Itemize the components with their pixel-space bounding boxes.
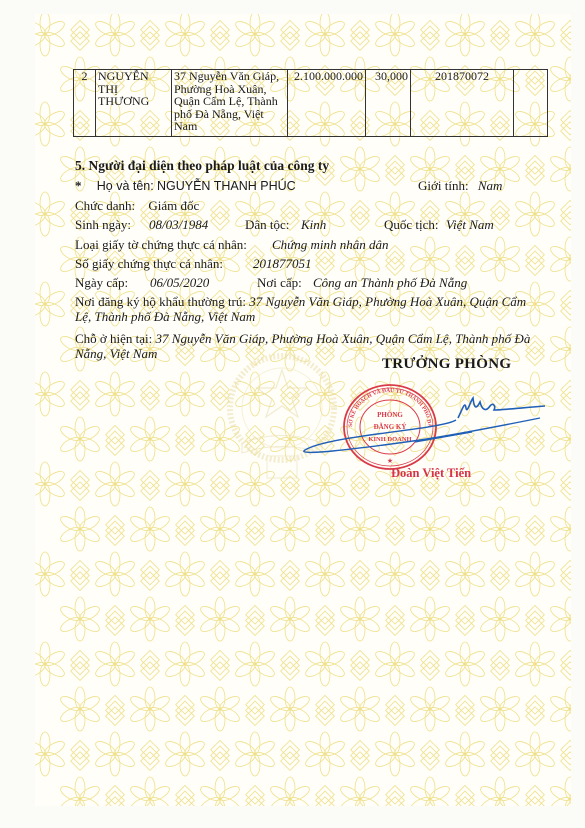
id-number-value: 201877051 xyxy=(253,256,312,272)
nationality-label: Quốc tịch: xyxy=(384,217,439,233)
cell-extra xyxy=(514,70,548,137)
issue-date-value: 06/05/2020 xyxy=(150,275,209,291)
permanent-address: Nơi đăng ký hộ khẩu thường trú: 37 Nguyễ… xyxy=(75,294,545,324)
issue-date-label: Ngày cấp: xyxy=(75,275,128,291)
title-value: Giám đốc xyxy=(148,198,199,213)
section-heading: 5. Người đại diện theo pháp luật của côn… xyxy=(75,158,329,174)
issue-place-label: Nơi cấp: xyxy=(257,275,302,291)
gender-row: Giới tính: Nam xyxy=(418,178,502,194)
id-type-value: Chứng minh nhân dân xyxy=(272,237,389,253)
cell-name: NGUYỄN THỊ THƯƠNG xyxy=(96,70,172,137)
nationality-value: Việt Nam xyxy=(446,217,494,233)
permanent-address-label: Nơi đăng ký hộ khẩu thường trú: xyxy=(75,294,246,309)
signer-name: Đoàn Việt Tiến xyxy=(391,466,471,481)
id-type-label: Loại giấy tờ chứng thực cá nhân: xyxy=(75,237,247,253)
title-label: Chức danh: xyxy=(75,198,135,213)
name-value: NGUYỄN THANH PHÚC xyxy=(157,179,296,193)
gender-value: Nam xyxy=(478,178,503,193)
table-row: 2 NGUYỄN THỊ THƯƠNG 37 Nguyễn Văn Giáp, … xyxy=(74,70,548,137)
cell-id-number: 201870072 xyxy=(411,70,514,137)
gender-label: Giới tính: xyxy=(418,178,469,193)
ethnicity-label: Dân tộc: xyxy=(245,217,289,233)
shareholder-table: 2 NGUYỄN THỊ THƯƠNG 37 Nguyễn Văn Giáp, … xyxy=(73,69,548,137)
cell-percent: 30,000 xyxy=(366,70,411,137)
dob-label: Sinh ngày: xyxy=(75,217,131,233)
name-label: Họ và tên: xyxy=(97,179,154,193)
cell-no: 2 xyxy=(74,70,96,137)
issue-place-value: Công an Thành phố Đà Nẵng xyxy=(313,275,467,291)
current-address-label: Chỗ ở hiện tại: xyxy=(75,331,152,346)
cell-capital: 2.100.000.000 xyxy=(288,70,366,137)
title-row: Chức danh: Giám đốc xyxy=(75,198,199,214)
bullet: * xyxy=(75,178,82,193)
ethnicity-value: Kinh xyxy=(301,217,326,233)
id-number-label: Số giấy chứng thực cá nhân: xyxy=(75,256,223,272)
cell-address: 37 Nguyễn Văn Giáp, Phường Hoà Xuân, Quậ… xyxy=(172,70,288,137)
dob-value: 08/03/1984 xyxy=(149,217,208,233)
handwritten-signature-icon xyxy=(290,380,550,460)
name-row: * Họ và tên: NGUYỄN THANH PHÚC xyxy=(75,178,296,194)
signature-title: TRƯỞNG PHÒNG xyxy=(382,356,511,373)
